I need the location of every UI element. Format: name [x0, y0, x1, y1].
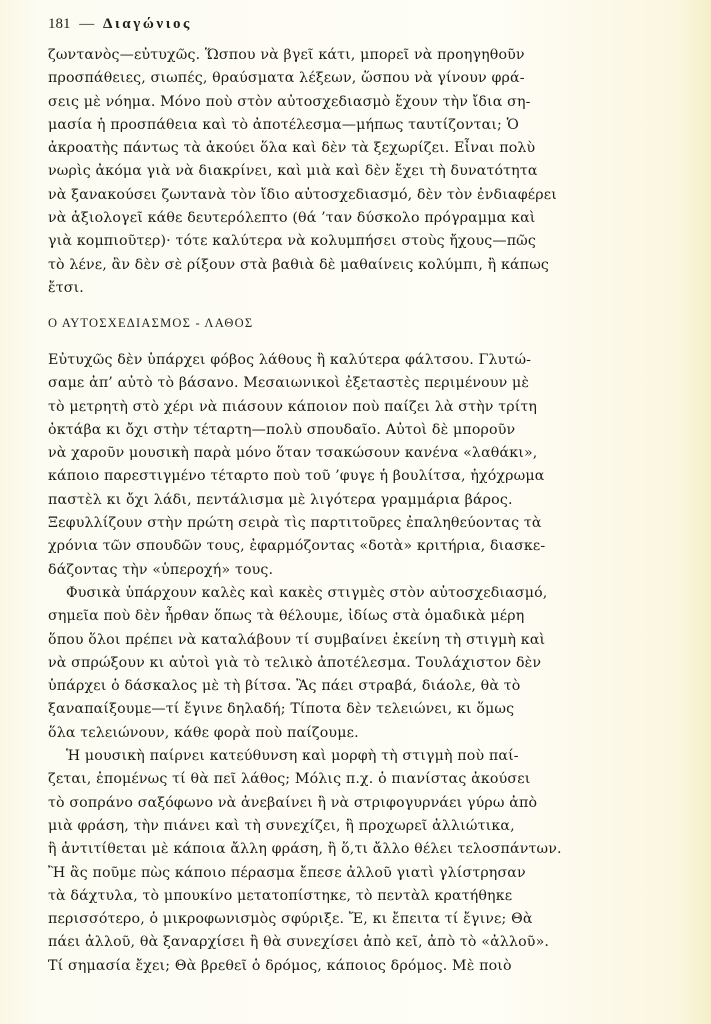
- section-heading: Ο ΑΥΤΟΣΧΕΔΙΑΣΜΟΣ - ΛΑΘΟΣ: [48, 316, 253, 331]
- text-line: Ἢ ἂς ποῦμε πὼς κάποιο πέρασμα ἔπεσε ἀλλο…: [48, 862, 658, 885]
- text-line: ξαναπαίξουμε—τί ἔγινε δηλαδή; Τίποτα δὲν…: [48, 698, 658, 721]
- text-line: νὰ ἀξιολογεῖ κάθε δευτερόλεπτο (θά ’ταν …: [48, 207, 658, 230]
- text-line: δάζοντας τὴν «ὑπεροχή» τους.: [48, 559, 658, 582]
- page-header: 181 — Διαγώνιος: [48, 16, 192, 33]
- paragraph: Ἡ μουσικὴ παίρνει κατεύθυνση καὶ μορφὴ τ…: [48, 745, 658, 978]
- text-line: χρόνια τῶν σπουδῶν τους, ἐφαρμόζοντας «δ…: [48, 535, 658, 558]
- text-line: τὸ σοπράνο σαξόφωνο νὰ ἀνεβαίνει ἢ νὰ στ…: [48, 792, 658, 815]
- text-line: ἀκροατὴς πάντως τὰ ἀκούει ὅλα καὶ δὲν τὰ…: [48, 137, 658, 160]
- text-line: νὰ σπρώξουν κι αὐτοὶ γιὰ τὸ τελικὸ ἀποτέ…: [48, 652, 658, 675]
- paragraph: Φυσικὰ ὑπάρχουν καλὲς καὶ κακὲς στιγμὲς …: [48, 582, 658, 745]
- text-line: μιὰ φράση, τὴν πιάνει καὶ τὴ συνεχίζει, …: [48, 815, 658, 838]
- text-line: πάει ἀλλοῦ, θὰ ξαναρχίσει ἢ θὰ συνεχίσει…: [48, 931, 658, 954]
- text-line: νὰ ξανακούσει ζωντανὰ τὸν ἴδιο αὐτοσχεδι…: [48, 184, 658, 207]
- text-line: τὸ μετρητὴ στὸ χέρι νὰ πιάσουν κάποιον π…: [48, 396, 658, 419]
- text-line: σημεῖα ποὺ δὲν ἦρθαν ὅπως τὰ θέλουμε, ἰδ…: [48, 605, 658, 628]
- page-number: 181: [48, 16, 71, 32]
- text-line: ὑπάρχει ὁ δάσκαλος μὲ τὴ βίτσα. Ἂς πάει …: [48, 675, 658, 698]
- running-title: Διαγώνιος: [103, 16, 192, 32]
- text-line: σαμε ἀπ’ αὐτὸ τὸ βάσανο. Μεσαιωνικοὶ ἐξε…: [48, 372, 658, 395]
- text-line: Τί σημασία ἔχει; Θὰ βρεθεῖ ὁ δρόμος, κάπ…: [48, 955, 658, 978]
- text-line: τὸ λένε, ἂν δὲν σὲ ρίξουν στὰ βαθιὰ δὲ μ…: [48, 254, 658, 277]
- text-line: περισσότερο, ὁ μικροφωνισμὸς σφύριξε. Ἔ,…: [48, 908, 658, 931]
- text-line: προσπάθειες, σιωπές, θραύσματα λέξεων, ὥ…: [48, 67, 658, 90]
- intro-paragraph: ζωντανὸς—εὐτυχῶς. Ὥσπου νὰ βγεῖ κάτι, μπ…: [48, 44, 658, 300]
- text-line: ἢ ἀντιτίθεται μὲ κάποια ἄλλη φράση, ἢ ὅ,…: [48, 838, 658, 861]
- text-line: παστὲλ κι ὄχι λάδι, πεντάλισμα μὲ λιγότε…: [48, 489, 658, 512]
- text-line: ὅλα τελειώνουν, κάθε φορὰ ποὺ παίζουμε.: [48, 722, 658, 745]
- paragraph: Εὐτυχῶς δὲν ὑπάρχει φόβος λάθους ἢ καλύτ…: [48, 349, 658, 582]
- text-line: σεις μὲ νόημα. Μόνο ποὺ στὸν αὐτοσχεδιασ…: [48, 91, 658, 114]
- section-body: Εὐτυχῶς δὲν ὑπάρχει φόβος λάθους ἢ καλύτ…: [48, 349, 658, 978]
- text-line: ζεται, ἐπομένως τί θὰ πεῖ λάθος; Μόλις π…: [48, 768, 658, 791]
- header-separator: —: [79, 16, 94, 32]
- text-line: Ἡ μουσικὴ παίρνει κατεύθυνση καὶ μορφὴ τ…: [48, 745, 658, 768]
- text-line: μασία ἡ προσπάθεια καὶ τὸ ἀποτέλεσμα—μήπ…: [48, 114, 658, 137]
- text-line: ὅπου ὅλοι πρέπει νὰ καταλάβουν τί συμβαί…: [48, 629, 658, 652]
- text-line: Εὐτυχῶς δὲν ὑπάρχει φόβος λάθους ἢ καλύτ…: [48, 349, 658, 372]
- text-line: Φυσικὰ ὑπάρχουν καλὲς καὶ κακὲς στιγμὲς …: [48, 582, 658, 605]
- text-line: νωρὶς ἀκόμα γιὰ νὰ διακρίνει, καὶ μιὰ κα…: [48, 160, 658, 183]
- text-line: Ξεφυλλίζουν στὴν πρώτη σειρὰ τὶς παρτιτο…: [48, 512, 658, 535]
- text-line: ζωντανὸς—εὐτυχῶς. Ὥσπου νὰ βγεῖ κάτι, μπ…: [48, 44, 658, 67]
- text-line: νὰ χαροῦν μουσικὴ παρὰ μόνο ὅταν τσακώσο…: [48, 442, 658, 465]
- text-line: κάποιο παρεστιγμένο τέταρτο ποὺ τοῦ ’φυγ…: [48, 465, 658, 488]
- text-line: ὀκτάβα κι ὄχι στὴν τέταρτη—πολὺ σπουδαῖο…: [48, 419, 658, 442]
- text-line: ἔτσι.: [48, 277, 658, 300]
- text-line: τὰ δάχτυλα, τὸ μπουκίνο μετατοπίστηκε, τ…: [48, 885, 658, 908]
- text-line: γιὰ κομπιοῦτερ)· τότε καλύτερα νὰ κολυμπ…: [48, 230, 658, 253]
